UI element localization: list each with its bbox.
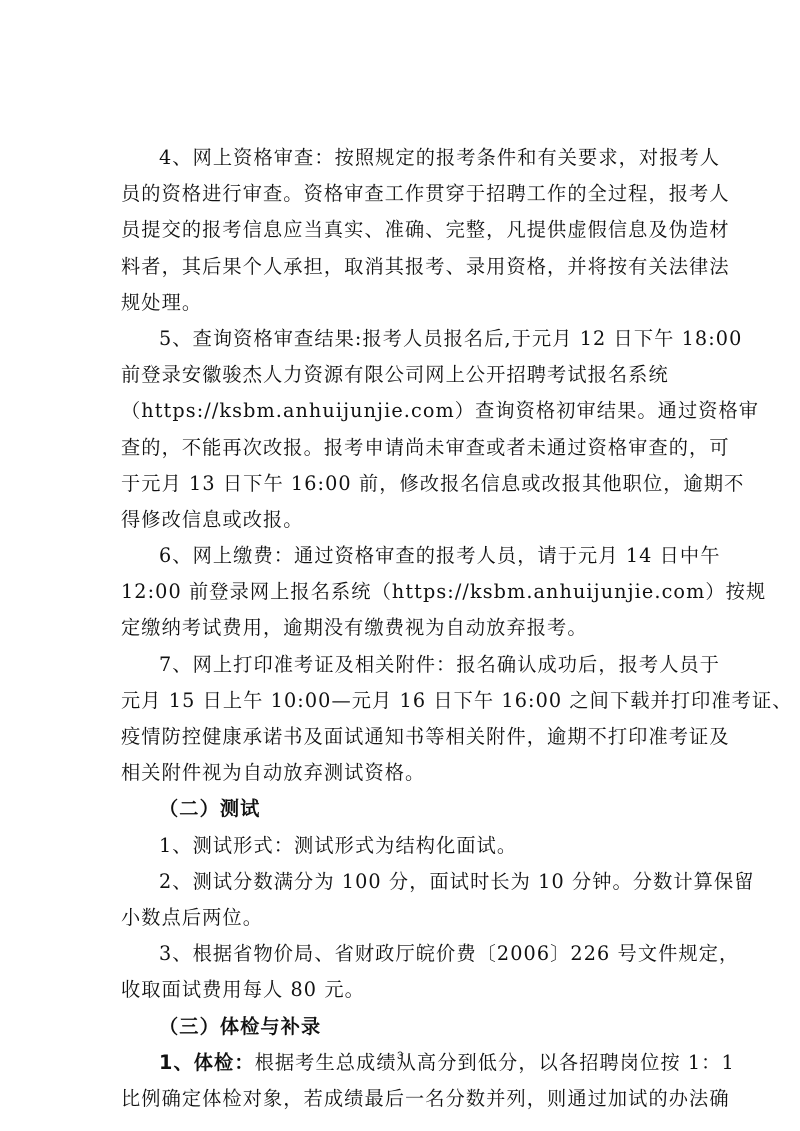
text-line: 定缴纳考试费用，逾期没有缴费视为自动放弃报考。 [121, 610, 685, 646]
page-number: 3 [0, 1050, 800, 1062]
text-line: 相关附件视为自动放弃测试资格。 [121, 755, 685, 791]
text-line: 前登录安徽骏杰人力资源有限公司网上公开招聘考试报名系统 [121, 357, 685, 393]
text-line: 小数点后两位。 [121, 900, 685, 936]
text-line: 规处理。 [121, 285, 685, 321]
text-line: 元月 15 日上午 10:00—元月 16 日下午 16:00 之间下载并打印准… [121, 683, 685, 719]
url-text-line: 12:00 前登录网上报名系统（https://ksbm.anhuijunjie… [121, 574, 685, 610]
text-line: 6、网上缴费：通过资格审查的报考人员，请于元月 14 日中午 [121, 538, 685, 574]
section-heading: （二）测试 [121, 791, 685, 827]
text-line: 疫情防控健康承诺书及面试通知书等相关附件，逾期不打印准考证及 [121, 719, 685, 755]
url-text-line: （https://ksbm.anhuijunjie.com）查询资格初审结果。通… [121, 393, 685, 429]
text-line: 7、网上打印准考证及相关附件：报名确认成功后，报考人员于 [121, 647, 685, 683]
section-physical-exam: （三）体检与补录 1、体检：根据考生总成绩从高分到低分，以各招聘岗位按 1：1 … [121, 1009, 685, 1118]
text-line: 员的资格进行审查。资格审查工作贯穿于招聘工作的全过程，报考人 [121, 176, 685, 212]
text-line: 员提交的报考信息应当真实、准确、完整，凡提供虚假信息及伪造材 [121, 212, 685, 248]
text-line: 得修改信息或改报。 [121, 502, 685, 538]
paragraph-6: 6、网上缴费：通过资格审查的报考人员，请于元月 14 日中午 12:00 前登录… [121, 538, 685, 647]
text-line: 查的，不能再次改报。报考申请尚未审查或者未通过资格审查的，可 [121, 430, 685, 466]
paragraph-5: 5、查询资格审查结果:报考人员报名后,于元月 12 日下午 18:00 前登录安… [121, 321, 685, 538]
paragraph-4: 4、网上资格审查：按照规定的报考条件和有关要求，对报考人 员的资格进行审查。资格… [121, 140, 685, 321]
document-page: 4、网上资格审查：按照规定的报考条件和有关要求，对报考人 员的资格进行审查。资格… [121, 140, 685, 1117]
text-line: 3、根据省物价局、省财政厅皖价费〔2006〕226 号文件规定， [121, 936, 685, 972]
paragraph-7: 7、网上打印准考证及相关附件：报名确认成功后，报考人员于 元月 15 日上午 1… [121, 647, 685, 792]
text-line: 收取面试费用每人 80 元。 [121, 972, 685, 1008]
text-line: 2、测试分数满分为 100 分，面试时长为 10 分钟。分数计算保留 [121, 864, 685, 900]
text-line: 1、测试形式：测试形式为结构化面试。 [121, 828, 685, 864]
text-line: 料者，其后果个人承担，取消其报考、录用资格，并将按有关法律法 [121, 249, 685, 285]
section-testing: （二）测试 1、测试形式：测试形式为结构化面试。 2、测试分数满分为 100 分… [121, 791, 685, 1008]
text-line: 4、网上资格审查：按照规定的报考条件和有关要求，对报考人 [121, 140, 685, 176]
text-line: 比例确定体检对象，若成绩最后一名分数并列，则通过加试的办法确 [121, 1081, 685, 1117]
section-heading: （三）体检与补录 [121, 1009, 685, 1045]
text-line: 于元月 13 日下午 16:00 前，修改报名信息或改报其他职位，逾期不 [121, 466, 685, 502]
text-line: 5、查询资格审查结果:报考人员报名后,于元月 12 日下午 18:00 [121, 321, 685, 357]
